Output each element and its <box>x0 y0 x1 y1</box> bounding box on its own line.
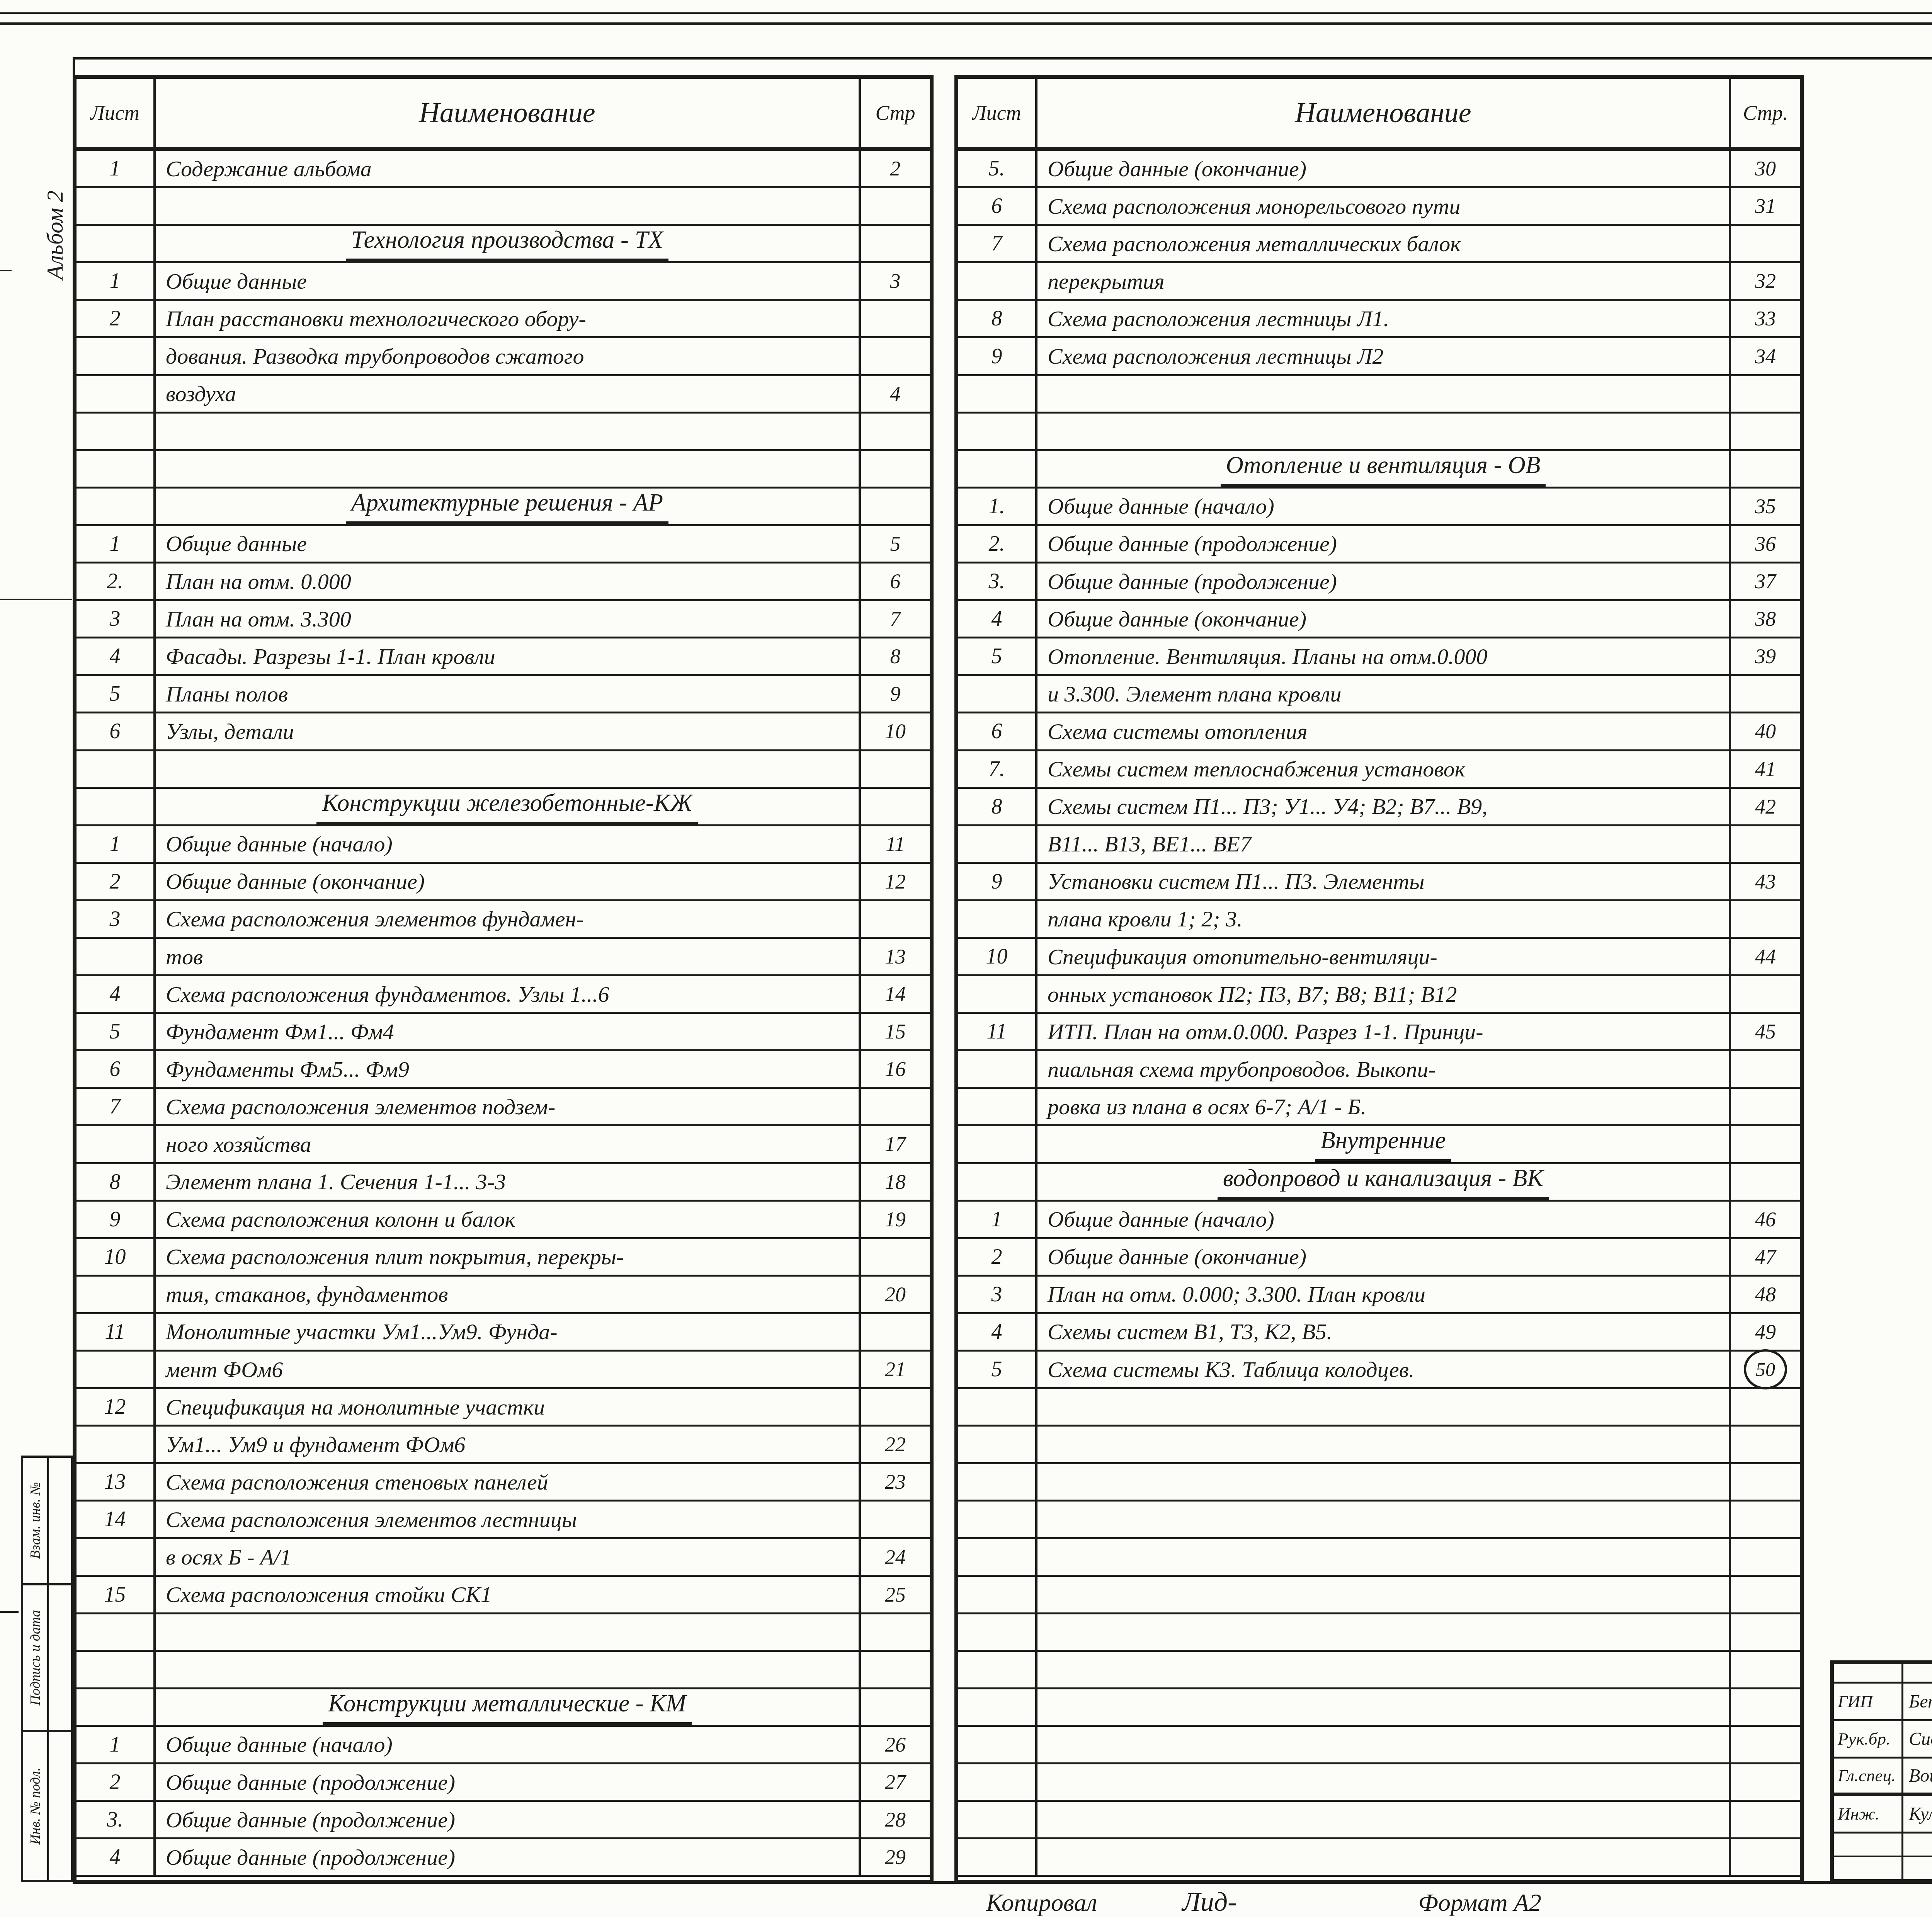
page-cell <box>861 301 930 336</box>
name-cell: воздуха <box>156 376 861 412</box>
sheet-number-cell <box>77 1427 156 1462</box>
header-sheet: Лист <box>958 79 1037 147</box>
stamp-blank <box>49 1585 71 1730</box>
section-heading: Технология производства - ТХ <box>346 226 668 261</box>
name-cell <box>1037 1764 1731 1800</box>
circled-page-number: 50 <box>1744 1349 1787 1389</box>
stamp-vzam-inv: Взам. инв. № <box>21 1456 73 1585</box>
table-row: тия, стаканов, фундаментов20 <box>77 1277 930 1314</box>
name-cell: и 3.300. Элемент плана кровли <box>1037 676 1731 712</box>
page-cell <box>861 1239 930 1275</box>
name-cell: Общие данные (начало) <box>156 826 861 862</box>
sheet-number-cell: 15 <box>77 1577 156 1612</box>
section-heading: Отопление и вентиляция - ОВ <box>1221 451 1546 487</box>
page-cell: 40 <box>1731 713 1800 749</box>
header-sheet: Лист <box>77 79 156 147</box>
page-cell: 48 <box>1731 1277 1800 1312</box>
table-row: 4Общие данные (продолжение)29 <box>77 1839 930 1877</box>
page-cell <box>1731 1577 1800 1612</box>
table-row: онных установок П2; П3, В7; В8; В11; В12 <box>958 976 1800 1014</box>
name-cell: Схема расположения металлических балок <box>1037 226 1731 261</box>
sheet-number-cell <box>958 1427 1037 1462</box>
sheet-number-cell: 9 <box>958 864 1037 899</box>
table-row: дования. Разводка трубопроводов сжатого <box>77 338 930 376</box>
name-cell: Общие данные <box>156 263 861 299</box>
table-row: 2План расстановки технологического обору… <box>77 301 930 338</box>
signature-row-rukbr: Рук.бр. Сидорова <box>1834 1721 1932 1759</box>
name-cell: Схема расположения стеновых панелей <box>156 1464 861 1500</box>
table-body: 5.Общие данные (окончание)306Схема распо… <box>958 151 1800 1880</box>
name-cell: Схема расположения элементов подзем- <box>156 1089 861 1124</box>
name-cell: Общие данные (окончание) <box>1037 601 1731 637</box>
page-cell <box>861 489 930 524</box>
table-row: 1.Общие данные (начало)35 <box>958 489 1800 526</box>
page-cell: 41 <box>1731 751 1800 787</box>
table-row: 6Узлы, детали10 <box>77 713 930 751</box>
signer-role: Гл.спец. <box>1834 1759 1903 1793</box>
page-cell <box>1731 1614 1800 1650</box>
sheet-number-cell <box>77 1126 156 1162</box>
table-row: 3План на отм. 0.000; 3.300. План кровли4… <box>958 1277 1800 1314</box>
name-cell: Схема расположения лестницы Л1. <box>1037 301 1731 336</box>
name-cell: Схема системы К3. Таблица колодцев. <box>1037 1352 1731 1387</box>
table-row: 3.Общие данные (продолжение)28 <box>77 1802 930 1839</box>
name-cell: Схема расположения элементов лестницы <box>156 1502 861 1537</box>
table-header-row: Лист Наименование Стр. <box>958 79 1800 151</box>
page-cell: 23 <box>861 1464 930 1500</box>
page-cell: 8 <box>861 638 930 674</box>
page-cell <box>861 789 930 824</box>
sheet-number-cell <box>77 1539 156 1575</box>
sheet-number-cell: 3. <box>77 1802 156 1837</box>
sheet-number-cell: 5 <box>77 676 156 712</box>
table-row: 8Схема расположения лестницы Л1.33 <box>958 301 1800 338</box>
table-row: Ум1... Ум9 и фундамент ФОм622 <box>77 1427 930 1464</box>
page-cell <box>861 188 930 224</box>
table-row: 11ИТП. План на отм.0.000. Разрез 1-1. Пр… <box>958 1014 1800 1051</box>
table-row: и 3.300. Элемент плана кровли <box>958 676 1800 713</box>
sheet-number-cell: 3 <box>77 601 156 637</box>
page-cell <box>1731 1502 1800 1537</box>
signature-row-empty <box>1834 1664 1932 1684</box>
copied-by-signature: Лид- <box>1182 1887 1236 1917</box>
table-row: 4Схема расположения фундаментов. Узлы 1.… <box>77 976 930 1014</box>
name-cell: Общие данные (окончание) <box>1037 1239 1731 1275</box>
table-row: 11Монолитные участки Ум1...Ум9. Фунда- <box>77 1314 930 1352</box>
name-cell: Содержание альбома <box>156 151 861 186</box>
table-row <box>958 1764 1800 1802</box>
sheet-number-cell: 1 <box>77 526 156 562</box>
name-cell: Фундаменты Фм5... Фм9 <box>156 1051 861 1087</box>
table-row: 8Схемы систем П1... П3; У1... У4; В2; В7… <box>958 789 1800 826</box>
name-cell: Общие данные <box>156 526 861 562</box>
sheet-number-cell: 1. <box>958 489 1037 524</box>
sheet-number-cell: 6 <box>77 713 156 749</box>
sheet-number-cell: 9 <box>958 338 1037 374</box>
page-cell: 15 <box>861 1014 930 1049</box>
table-row: В11... В13, ВЕ1... ВЕ7 <box>958 826 1800 864</box>
page-cell <box>1731 1839 1800 1875</box>
page-cell: 22 <box>861 1427 930 1462</box>
page-cell <box>1731 976 1800 1012</box>
name-cell: Планы полов <box>156 676 861 712</box>
page-cell <box>1731 676 1800 712</box>
table-row: плана кровли 1; 2; 3. <box>958 901 1800 939</box>
fold-mark <box>0 270 12 271</box>
name-cell: Конструкции железобетонные-КЖ <box>156 789 861 824</box>
page-cell <box>1731 226 1800 261</box>
table-row: пиальная схема трубопроводов. Выкопи- <box>958 1051 1800 1089</box>
table-row: 6Фундаменты Фм5... Фм916 <box>77 1051 930 1089</box>
sheet-number-cell: 1 <box>77 826 156 862</box>
page-cell: 17 <box>861 1126 930 1162</box>
name-cell: в осях Б - А/1 <box>156 1539 861 1575</box>
page-cell: 3 <box>861 263 930 299</box>
name-cell: Общие данные (начало) <box>1037 489 1731 524</box>
table-row: 6Схема расположения монорельсового пути3… <box>958 188 1800 226</box>
sheet-number-cell <box>77 338 156 374</box>
sheet-number-cell <box>958 1126 1037 1162</box>
sheet-number-cell: 2. <box>958 526 1037 562</box>
sheet-number-cell: 2. <box>77 564 156 599</box>
page-cell <box>861 1652 930 1687</box>
sheet-number-cell: 14 <box>77 1502 156 1537</box>
page-cell: 30 <box>1731 151 1800 186</box>
sheet-number-cell <box>958 1539 1037 1575</box>
page-cell: 37 <box>1731 564 1800 599</box>
sheet-number-cell: 6 <box>958 713 1037 749</box>
table-row <box>77 751 930 789</box>
stamp-podpis-data: Подпись и дата <box>21 1583 73 1732</box>
table-header-row: Лист Наименование Стр <box>77 79 930 151</box>
sheet-number-cell <box>958 1764 1037 1800</box>
sheet-number-cell <box>77 1689 156 1725</box>
table-row: 12Спецификация на монолитные участки <box>77 1389 930 1427</box>
page-cell <box>861 226 930 261</box>
sheet-number-cell: 4 <box>77 976 156 1012</box>
name-cell: Схемы систем теплоснабжения установок <box>1037 751 1731 787</box>
section-heading: водопровод и канализация - ВК <box>1218 1164 1549 1200</box>
page-cell <box>1731 1727 1800 1762</box>
name-cell: Узлы, детали <box>156 713 861 749</box>
table-row: 4Фасады. Разрезы 1-1. План кровли8 <box>77 638 930 676</box>
sheet-number-cell <box>958 451 1037 487</box>
table-row: Внутренние <box>958 1126 1800 1164</box>
sheet-number-cell: 3 <box>77 901 156 937</box>
sheet-number-cell <box>958 1502 1037 1537</box>
page-cell <box>1731 1089 1800 1124</box>
contents-table-left: Лист Наименование Стр 1Содержание альбом… <box>73 75 934 1884</box>
page-cell <box>861 1314 930 1350</box>
page-cell <box>861 1389 930 1425</box>
table-row: 7Схема расположения элементов подзем- <box>77 1089 930 1126</box>
section-heading: Конструкции металлические - КМ <box>323 1689 691 1725</box>
page-cell: 13 <box>861 939 930 974</box>
page-cell: 39 <box>1731 638 1800 674</box>
frame-header-line <box>73 57 1932 60</box>
name-cell: План на отм. 3.300 <box>156 601 861 637</box>
signature-grid: ГИП Бетехтин Рук.бр. Сидорова Гл.спец. В… <box>1834 1664 1932 1879</box>
sheet-number-cell: 4 <box>958 1314 1037 1350</box>
table-row: тов13 <box>77 939 930 976</box>
page-cell: 19 <box>861 1202 930 1237</box>
name-cell: Ум1... Ум9 и фундамент ФОм6 <box>156 1427 861 1462</box>
sheet-number-cell <box>958 1839 1037 1875</box>
copied-by-label: Копировал <box>986 1888 1097 1917</box>
section-heading: Конструкции железобетонные-КЖ <box>316 789 697 824</box>
name-cell: План на отм. 0.000; 3.300. План кровли <box>1037 1277 1731 1312</box>
contents-table-right: Лист Наименование Стр. 5.Общие данные (о… <box>954 75 1804 1884</box>
sheet-number-cell <box>77 751 156 787</box>
page-cell <box>861 1089 930 1124</box>
fold-mark <box>0 599 72 600</box>
signature-row-empty <box>1834 1857 1932 1879</box>
name-cell: Схема расположения стойки СК1 <box>156 1577 861 1612</box>
table-row <box>958 1577 1800 1614</box>
table-row: 1Общие данные5 <box>77 526 930 564</box>
name-cell <box>156 188 861 224</box>
sheet-number-cell: 1 <box>77 263 156 299</box>
name-cell: Схемы систем П1... П3; У1... У4; В2; В7.… <box>1037 789 1731 824</box>
signer-role: Инж. <box>1834 1796 1903 1832</box>
name-cell: Схема расположения фундаментов. Узлы 1..… <box>156 976 861 1012</box>
name-cell: тия, стаканов, фундаментов <box>156 1277 861 1312</box>
sheet-number-cell <box>77 1352 156 1387</box>
name-cell: Схема расположения лестницы Л2 <box>1037 338 1731 374</box>
table-row: мент ФОм621 <box>77 1352 930 1389</box>
name-cell <box>1037 1539 1731 1575</box>
sheet-number-cell: 4 <box>77 638 156 674</box>
sheet-top-edge-line <box>0 12 1932 14</box>
page-cell: 43 <box>1731 864 1800 899</box>
page-cell: 9 <box>861 676 930 712</box>
fold-mark <box>0 1611 19 1613</box>
table-row: 3Схема расположения элементов фундамен- <box>77 901 930 939</box>
table-row: Конструкции металлические - КМ <box>77 1689 930 1727</box>
copy-line: Копировал Лид- Формат А2 <box>986 1887 1541 1917</box>
name-cell: ного хозяйства <box>156 1126 861 1162</box>
signature-row-inzh: Инж. Куликов 2.91 <box>1834 1796 1932 1834</box>
page-cell <box>1731 1764 1800 1800</box>
table-row: 6Схема системы отопления40 <box>958 713 1800 751</box>
table-row: 7.Схемы систем теплоснабжения установок4… <box>958 751 1800 789</box>
table-row: Отопление и вентиляция - ОВ <box>958 451 1800 489</box>
name-cell <box>156 1652 861 1687</box>
sheet-number-cell <box>958 976 1037 1012</box>
page-cell: 29 <box>861 1839 930 1875</box>
name-cell: онных установок П2; П3, В7; В8; В11; В12 <box>1037 976 1731 1012</box>
sheet-number-cell <box>958 1389 1037 1425</box>
page-cell <box>861 338 930 374</box>
page-cell <box>1731 1802 1800 1837</box>
page-cell: 42 <box>1731 789 1800 824</box>
sheet-number-cell: 13 <box>77 1464 156 1500</box>
name-cell: Общие данные (начало) <box>1037 1202 1731 1237</box>
sheet-number-cell <box>958 1652 1037 1687</box>
table-row <box>958 1502 1800 1539</box>
signer-role: ГИП <box>1834 1684 1903 1719</box>
name-cell: ИТП. План на отм.0.000. Разрез 1-1. Прин… <box>1037 1014 1731 1049</box>
sheet-number-cell <box>77 451 156 487</box>
sheet-number-cell: 2 <box>77 1764 156 1800</box>
sheet-number-cell <box>958 1727 1037 1762</box>
sheet-number-cell: 11 <box>77 1314 156 1350</box>
signer-name: Куликов <box>1903 1796 1932 1832</box>
table-row: 2.Общие данные (продолжение)36 <box>958 526 1800 564</box>
table-row <box>958 1389 1800 1427</box>
header-page: Стр. <box>1731 79 1800 147</box>
table-row: ровка из плана в осях 6-7; А/1 - Б. <box>958 1089 1800 1126</box>
table-row: 5Отопление. Вентиляция. Планы на отм.0.0… <box>958 638 1800 676</box>
page-cell: 49 <box>1731 1314 1800 1350</box>
name-cell: тов <box>156 939 861 974</box>
table-row: 3.Общие данные (продолжение)37 <box>958 564 1800 601</box>
table-row: 1Содержание альбома2 <box>77 151 930 188</box>
page-cell: 5 <box>861 526 930 562</box>
name-cell: Общие данные (окончание) <box>156 864 861 899</box>
name-cell: Архитектурные решения - АР <box>156 489 861 524</box>
page-cell <box>861 751 930 787</box>
name-cell: плана кровли 1; 2; 3. <box>1037 901 1731 937</box>
stamp-label: Инв. № подл. <box>23 1732 49 1880</box>
name-cell <box>1037 1727 1731 1762</box>
name-cell: Схема расположения монорельсового пути <box>1037 188 1731 224</box>
name-cell: Общие данные (окончание) <box>1037 151 1731 186</box>
sheet-number-cell: 2 <box>77 301 156 336</box>
page-cell <box>1731 1427 1800 1462</box>
page-cell <box>1731 1689 1800 1725</box>
name-cell <box>1037 1802 1731 1837</box>
sheet-number-cell: 7 <box>958 226 1037 261</box>
table-row <box>77 414 930 451</box>
page-cell <box>1731 414 1800 449</box>
format-label: Формат А2 <box>1418 1888 1541 1917</box>
page-cell: 36 <box>1731 526 1800 562</box>
page-cell: 26 <box>861 1727 930 1762</box>
page-cell <box>1731 1051 1800 1087</box>
page-cell <box>1731 1126 1800 1162</box>
name-cell: пиальная схема трубопроводов. Выкопи- <box>1037 1051 1731 1087</box>
page-cell: 4 <box>861 376 930 412</box>
table-body: 1Содержание альбома2Технология производс… <box>77 151 930 1880</box>
page-cell: 25 <box>861 1577 930 1612</box>
sheet-number-cell: 10 <box>77 1239 156 1275</box>
name-cell <box>1037 1464 1731 1500</box>
table-row: 9Установки систем П1... П3. Элементы43 <box>958 864 1800 901</box>
table-row: Архитектурные решения - АР <box>77 489 930 526</box>
table-row: Конструкции железобетонные-КЖ <box>77 789 930 826</box>
name-cell: Отопление. Вентиляция. Планы на отм.0.00… <box>1037 638 1731 674</box>
signature-row-glspec: Гл.спец. Войтович <box>1834 1759 1932 1796</box>
page-cell <box>1731 376 1800 412</box>
signer-name: Сидорова <box>1903 1721 1932 1757</box>
name-cell <box>156 1614 861 1650</box>
table-row: 1Общие данные3 <box>77 263 930 301</box>
sheet-number-cell <box>77 226 156 261</box>
table-row: 2Общие данные (продолжение)27 <box>77 1764 930 1802</box>
sheet-number-cell <box>958 263 1037 299</box>
stamp-blank <box>49 1732 71 1880</box>
table-row: 2.План на отм. 0.0006 <box>77 564 930 601</box>
page-cell: 12 <box>861 864 930 899</box>
sheet-number-cell <box>77 188 156 224</box>
sheet-number-cell: 4 <box>77 1839 156 1875</box>
name-cell: План на отм. 0.000 <box>156 564 861 599</box>
section-heading: Архитектурные решения - АР <box>346 489 668 524</box>
sheet-number-cell <box>958 1689 1037 1725</box>
page-cell: 2 <box>861 151 930 186</box>
page-cell <box>1731 1389 1800 1425</box>
page-cell: 35 <box>1731 489 1800 524</box>
table-row <box>77 1614 930 1652</box>
sheet-number-cell: 12 <box>77 1389 156 1425</box>
name-cell: Установки систем П1... П3. Элементы <box>1037 864 1731 899</box>
name-cell: Монолитные участки Ум1...Ум9. Фунда- <box>156 1314 861 1350</box>
name-cell <box>1037 414 1731 449</box>
table-row <box>958 1839 1800 1877</box>
sheet-number-cell <box>958 414 1037 449</box>
table-row: 5Планы полов9 <box>77 676 930 713</box>
sheet-number-cell: 6 <box>958 188 1037 224</box>
name-cell: Спецификация отопительно-вентиляци- <box>1037 939 1731 974</box>
name-cell <box>1037 1689 1731 1725</box>
name-cell: Схемы систем В1, Т3, К2, В5. <box>1037 1314 1731 1350</box>
name-cell: Спецификация на монолитные участки <box>156 1389 861 1425</box>
page-cell: 14 <box>861 976 930 1012</box>
page-cell: 47 <box>1731 1239 1800 1275</box>
sheet-number-cell: 5 <box>958 1352 1037 1387</box>
page-cell <box>861 451 930 487</box>
sheet-number-cell: 8 <box>958 301 1037 336</box>
page-cell <box>1731 1539 1800 1575</box>
table-row <box>958 1727 1800 1764</box>
page-cell <box>1731 1164 1800 1200</box>
name-cell: Фундамент Фм1... Фм4 <box>156 1014 861 1049</box>
sheet-number-cell <box>958 1051 1037 1087</box>
table-row <box>958 376 1800 414</box>
name-cell: Общие данные (начало) <box>156 1727 861 1762</box>
page-cell <box>861 1502 930 1537</box>
table-row: воздуха4 <box>77 376 930 414</box>
name-cell: дования. Разводка трубопроводов сжатого <box>156 338 861 374</box>
table-row: 3План на отм. 3.3007 <box>77 601 930 638</box>
signer-name: Войтович <box>1903 1759 1932 1793</box>
name-cell <box>1037 1652 1731 1687</box>
table-row: 10Спецификация отопительно-вентиляци-44 <box>958 939 1800 976</box>
table-row: ного хозяйства17 <box>77 1126 930 1164</box>
table-row: 5Фундамент Фм1... Фм415 <box>77 1014 930 1051</box>
name-cell <box>1037 1502 1731 1537</box>
name-cell <box>156 751 861 787</box>
name-cell: Внутренние <box>1037 1126 1731 1162</box>
sheet-number-cell: 8 <box>77 1164 156 1200</box>
table-row: 4Схемы систем В1, Т3, К2, В5.49 <box>958 1314 1800 1352</box>
name-cell: Общие данные (продолжение) <box>1037 564 1731 599</box>
table-row: 5Схема системы К3. Таблица колодцев.50 <box>958 1352 1800 1389</box>
stamp-label: Взам. инв. № <box>23 1458 49 1583</box>
name-cell: Схема системы отопления <box>1037 713 1731 749</box>
page-cell: 20 <box>861 1277 930 1312</box>
table-row: Технология производства - ТХ <box>77 226 930 263</box>
page-cell: 38 <box>1731 601 1800 637</box>
sheet-number-cell <box>958 1464 1037 1500</box>
frame-top-line <box>0 22 1932 25</box>
page-cell: 11 <box>861 826 930 862</box>
table-row: 5.Общие данные (окончание)30 <box>958 151 1800 188</box>
page-cell <box>1731 1652 1800 1687</box>
page-cell <box>1731 451 1800 487</box>
name-cell: Общие данные (продолжение) <box>156 1839 861 1875</box>
